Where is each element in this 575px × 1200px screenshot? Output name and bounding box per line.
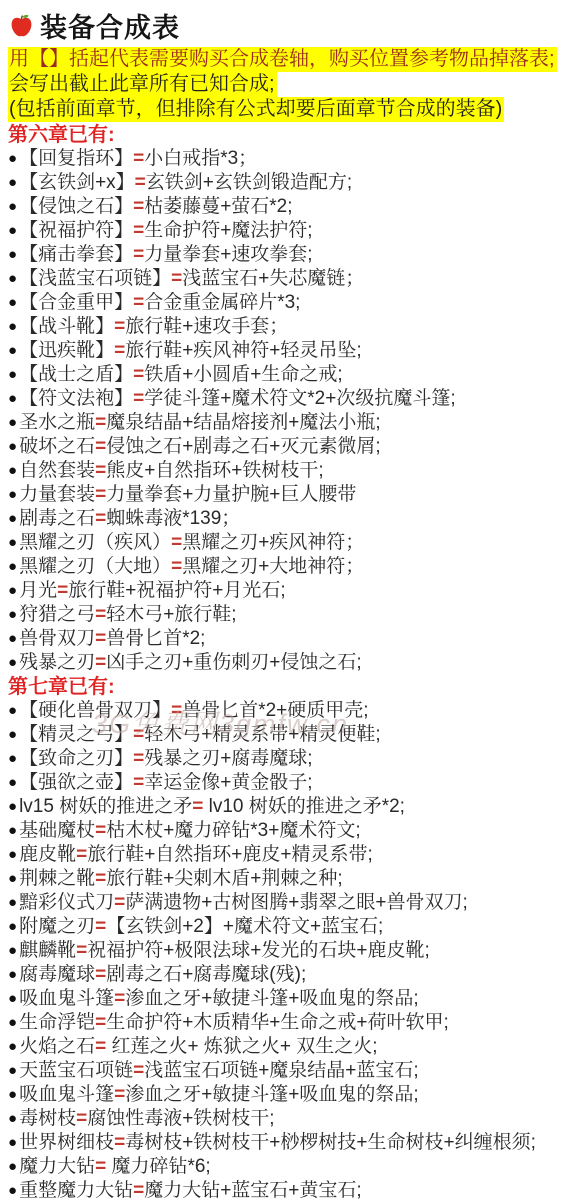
bullet-icon: ● [8, 963, 17, 987]
item-name: 毒树枝 [19, 1108, 76, 1129]
equals-sign: = [171, 700, 182, 721]
item-recipe: 生命护符+木质精华+生命之戒+荷叶软甲; [106, 1012, 449, 1033]
item-name: 【战士之盾】 [19, 364, 133, 385]
bullet-icon: ● [8, 1131, 17, 1155]
highlighted-text: (包括前面章节，但排除有公式却要后面章节合成的装备) [8, 97, 504, 122]
bullet-icon: ● [8, 795, 17, 819]
bullet-icon: ● [8, 315, 17, 339]
note-line-3: (包括前面章节，但排除有公式却要后面章节合成的装备) [8, 97, 569, 122]
recipe-row: ●基础魔杖=枯木杖+魔力碎钻*3+魔术符文; [8, 819, 569, 843]
equals-sign: = [133, 1180, 144, 1200]
item-name: 【合金重甲】 [19, 292, 133, 313]
item-recipe: 【玄铁剑+2】+魔术符文+蓝宝石; [106, 916, 383, 937]
equals-sign: = [133, 1060, 144, 1081]
item-recipe: 祝福护符+极限法球+发光的石块+鹿皮靴; [87, 940, 430, 961]
recipe-row: ●破坏之石=侵蚀之石+剧毒之石+灭元素微屑; [8, 435, 569, 459]
item-recipe: 力量拳套+力量护腕+巨人腰带 [106, 484, 356, 505]
item-recipe: 渗血之牙+敏捷斗篷+吸血鬼的祭品; [125, 1084, 418, 1105]
bullet-icon: ● [8, 147, 17, 171]
recipe-row: ●【回复指环】=小白戒指*3； [8, 147, 569, 171]
recipe-row: ●天蓝宝石项链=浅蓝宝石项链+魔泉结晶+蓝宝石; [8, 1059, 569, 1083]
item-recipe: 枯萎藤蔓+萤石*2; [144, 196, 292, 217]
equals-sign: = [95, 1036, 106, 1057]
item-name: 【迅疾靴】 [19, 340, 114, 361]
equals-sign: = [57, 580, 68, 601]
equals-sign: = [133, 220, 144, 241]
bullet-icon: ● [8, 1179, 17, 1200]
item-recipe: 兽骨匕首*2+硬质甲壳; [182, 700, 368, 721]
equals-sign: = [95, 508, 106, 529]
recipe-row: ●麒麟靴=祝福护符+极限法球+发光的石块+鹿皮靴; [8, 939, 569, 963]
item-recipe: 魔力碎钻*6; [106, 1156, 211, 1177]
equals-sign: = [95, 484, 106, 505]
item-recipe: 红莲之火+ 炼狱之火+ 双生之火; [106, 1036, 377, 1057]
equals-sign: = [171, 532, 182, 553]
item-recipe: 毒树枝+铁树枝干+桫椤树技+生命树枝+纠缠根须; [125, 1132, 536, 1153]
item-name: 世界树细枝 [19, 1132, 114, 1153]
item-recipe: 腐蚀性毒液+铁树枝干; [87, 1108, 274, 1129]
bullet-icon: ● [8, 891, 17, 915]
equals-sign: = [114, 988, 125, 1009]
item-recipe: 幸运金像+黄金骰子; [144, 772, 312, 793]
equals-sign: = [95, 1156, 106, 1177]
bullet-icon: ● [8, 387, 17, 411]
equals-sign: = [133, 772, 144, 793]
item-name: 【致命之刃】 [19, 748, 133, 769]
recipe-row: ●附魔之刃=【玄铁剑+2】+魔术符文+蓝宝石; [8, 915, 569, 939]
bullet-icon: ● [8, 939, 17, 963]
bullet-icon: ● [8, 267, 17, 291]
bullet-icon: ● [8, 747, 17, 771]
equals-sign: = [114, 1132, 125, 1153]
sections: 第六章已有:●【回复指环】=小白戒指*3；●【玄铁剑+x】=玄铁剑+玄铁剑锻造配… [8, 123, 569, 1200]
note-line-2: 会写出截止此章所有已知合成; [8, 72, 569, 97]
item-recipe: 玄铁剑+玄铁剑锻造配方; [146, 172, 352, 193]
recipe-row: ●腐毒魔球=剧毒之石+腐毒魔球(残); [8, 963, 569, 987]
item-name: 【痛击拳套】 [19, 244, 133, 265]
apple-icon [8, 12, 35, 39]
item-recipe: lv10 树妖的推进之矛*2; [203, 796, 405, 817]
bullet-icon: ● [8, 339, 17, 363]
recipe-row: ●鹿皮靴=旅行鞋+自然指环+鹿皮+精灵系带; [8, 843, 569, 867]
recipe-row: ●【符文法袍】=学徒斗篷+魔术符文*2+次级抗魔斗篷; [8, 387, 569, 411]
item-recipe: 剧毒之石+腐毒魔球(残); [106, 964, 306, 985]
page-title: 装备合成表 [40, 6, 180, 45]
section-header-1: 第六章已有: [8, 123, 569, 147]
bullet-icon: ● [8, 243, 17, 267]
bullet-icon: ● [8, 531, 17, 555]
item-recipe: 小白戒指*3； [144, 148, 257, 169]
recipe-row: ●【战士之盾】=铁盾+小圆盾+生命之戒; [8, 363, 569, 387]
bullet-icon: ● [8, 723, 17, 747]
item-recipe: 旅行鞋+疾风神符+轻灵吊坠; [125, 340, 361, 361]
recipe-row: ●圣水之瓶=魔泉结晶+结晶熔接剂+魔法小瓶; [8, 411, 569, 435]
item-recipe: 铁盾+小圆盾+生命之戒; [144, 364, 342, 385]
bullet-icon: ● [8, 627, 17, 651]
item-name: 黯彩仪式刀 [19, 892, 114, 913]
bullet-icon: ● [8, 579, 17, 603]
item-recipe: 学徒斗篷+魔术符文*2+次级抗魔斗篷; [144, 388, 455, 409]
item-name: 吸血鬼斗篷 [19, 988, 114, 1009]
recipe-row: ●剧毒之石=蜘蛛毒液*139； [8, 507, 569, 531]
item-recipe: 蜘蛛毒液*139； [106, 508, 240, 529]
bullet-icon: ● [8, 171, 17, 195]
item-recipe: 熊皮+自然指环+铁树枝干; [106, 460, 323, 481]
equals-sign: = [95, 604, 106, 625]
equals-sign: = [95, 652, 106, 673]
item-name: 【回复指环】 [19, 148, 133, 169]
item-name: 【符文法袍】 [19, 388, 133, 409]
recipe-row: ●生命浮铠=生命护符+木质精华+生命之戒+荷叶软甲; [8, 1011, 569, 1035]
recipe-row: ●【玄铁剑+x】=玄铁剑+玄铁剑锻造配方; [8, 171, 569, 195]
highlighted-text: 会写出截止此章所有已知合成; [8, 72, 277, 97]
recipe-row: ●【强欲之壶】=幸运金像+黄金骰子; [8, 771, 569, 795]
item-recipe: 魔力大钻+蓝宝石+黄宝石; [144, 1180, 361, 1200]
item-recipe: 萨满遗物+古树图腾+翡翠之眼+兽骨双刀; [125, 892, 468, 913]
equals-sign: = [95, 628, 106, 649]
recipe-row: ●兽骨双刀=兽骨匕首*2; [8, 627, 569, 651]
item-recipe: 旅行鞋+自然指环+鹿皮+精灵系带; [87, 844, 373, 865]
equals-sign: = [133, 196, 144, 217]
bullet-icon: ● [8, 1035, 17, 1059]
item-name: 兽骨双刀 [19, 628, 95, 649]
bullet-icon: ● [8, 1059, 17, 1083]
item-name: 附魔之刃 [19, 916, 95, 937]
item-recipe: 力量拳套+速攻拳套; [144, 244, 312, 265]
equals-sign: = [171, 268, 182, 289]
equals-sign: = [133, 148, 144, 169]
item-name: 腐毒魔球 [19, 964, 95, 985]
bullet-icon: ● [8, 843, 17, 867]
recipe-row: ●黑耀之刃（疾风）=黑耀之刃+疾风神符； [8, 531, 569, 555]
recipe-row: ●【侵蚀之石】=枯萎藤蔓+萤石*2; [8, 195, 569, 219]
equals-sign: = [76, 940, 87, 961]
equals-sign: = [133, 724, 144, 745]
recipe-row: ●【精灵之弓】=轻木弓+精灵系带+精灵便鞋; [8, 723, 569, 747]
bullet-icon: ● [8, 771, 17, 795]
recipe-row: ●力量套装=力量拳套+力量护腕+巨人腰带 [8, 483, 569, 507]
equals-sign: = [114, 316, 125, 337]
item-name: 狩猎之弓 [19, 604, 95, 625]
recipe-row: ●【痛击拳套】=力量拳套+速攻拳套; [8, 243, 569, 267]
bullet-icon: ● [8, 291, 17, 315]
section-header-2: 第七章已有: [8, 675, 569, 699]
bullet-icon: ● [8, 459, 17, 483]
bullet-icon: ● [8, 195, 17, 219]
item-name: 天蓝宝石项链 [19, 1060, 133, 1081]
item-name: 鹿皮靴 [19, 844, 76, 865]
item-name: lv15 树妖的推进之矛 [19, 796, 192, 817]
recipe-row: ●毒树枝=腐蚀性毒液+铁树枝干; [8, 1107, 569, 1131]
item-recipe: 兽骨匕首*2; [106, 628, 205, 649]
item-name: 剧毒之石 [19, 508, 95, 529]
item-recipe: 凶手之刃+重伤刺刃+侵蚀之石; [106, 652, 361, 673]
equals-sign: = [76, 1108, 87, 1129]
item-recipe: 枯木杖+魔力碎钻*3+魔术符文; [106, 820, 360, 841]
bullet-icon: ● [8, 1155, 17, 1179]
bullet-icon: ● [8, 1107, 17, 1131]
recipe-row: ●月光=旅行鞋+祝福护符+月光石; [8, 579, 569, 603]
item-name: 【强欲之壶】 [19, 772, 133, 793]
equals-sign: = [192, 796, 203, 817]
recipe-row: ●自然套装=熊皮+自然指环+铁树枝干; [8, 459, 569, 483]
recipe-row: ●【战斗靴】=旅行鞋+速攻手套； [8, 315, 569, 339]
item-name: 麒麟靴 [19, 940, 76, 961]
equals-sign: = [133, 388, 144, 409]
note-line-1: 用【】括起代表需要购买合成卷轴，购买位置参考物品掉落表; [8, 47, 569, 72]
equals-sign: = [76, 844, 87, 865]
highlighted-text: 用【】括起代表需要购买合成卷轴，购买位置参考物品掉落表; [8, 47, 557, 72]
item-name: 破坏之石 [19, 436, 95, 457]
recipe-row: ●魔力大钻= 魔力碎钻*6; [8, 1155, 569, 1179]
bullet-icon: ● [8, 555, 17, 579]
recipe-row: ●世界树细枝=毒树枝+铁树枝干+桫椤树技+生命树枝+纠缠根须; [8, 1131, 569, 1155]
item-name: 残暴之刃 [19, 652, 95, 673]
item-recipe: 合金重金属碎片*3; [144, 292, 300, 313]
recipe-row: ●残暴之刃=凶手之刃+重伤刺刃+侵蚀之石; [8, 651, 569, 675]
recipe-row: ●重整魔力大钻=魔力大钻+蓝宝石+黄宝石; [8, 1179, 569, 1200]
item-name: 火焰之石 [19, 1036, 95, 1057]
bullet-icon: ● [8, 411, 17, 435]
bullet-icon: ● [8, 1011, 17, 1035]
recipe-row: ●【浅蓝宝石项链】=浅蓝宝石+失芯魔链； [8, 267, 569, 291]
item-name: 【侵蚀之石】 [19, 196, 133, 217]
bullet-icon: ● [8, 915, 17, 939]
item-name: 魔力大钻 [19, 1156, 95, 1177]
recipe-row: ●【祝福护符】=生命护符+魔法护符; [8, 219, 569, 243]
item-name: 黑耀之刃（疾风） [19, 532, 171, 553]
bullet-icon: ● [8, 483, 17, 507]
recipe-row: ●lv15 树妖的推进之矛= lv10 树妖的推进之矛*2; [8, 795, 569, 819]
item-recipe: 旅行鞋+祝福护符+月光石; [68, 580, 285, 601]
equals-sign: = [114, 892, 125, 913]
bullet-icon: ● [8, 363, 17, 387]
recipe-row: ●【迅疾靴】=旅行鞋+疾风神符+轻灵吊坠; [8, 339, 569, 363]
equals-sign: = [133, 748, 144, 769]
notes-block: 用【】括起代表需要购买合成卷轴，购买位置参考物品掉落表;会写出截止此章所有已知合… [8, 47, 569, 122]
equals-sign: = [95, 436, 106, 457]
item-name: 力量套装 [19, 484, 95, 505]
equals-sign: = [95, 820, 106, 841]
equals-sign: = [95, 964, 106, 985]
item-name: 重整魔力大钻 [19, 1180, 133, 1200]
bullet-icon: ● [8, 699, 17, 723]
recipe-row: ●吸血鬼斗篷=渗血之牙+敏捷斗篷+吸血鬼的祭品; [8, 987, 569, 1011]
bullet-icon: ● [8, 867, 17, 891]
recipe-row: ●狩猎之弓=轻木弓+旅行鞋; [8, 603, 569, 627]
item-name: 吸血鬼斗篷 [19, 1084, 114, 1105]
equals-sign: = [171, 556, 182, 577]
item-recipe: 黑耀之刃+疾风神符； [182, 532, 364, 553]
item-recipe: 生命护符+魔法护符; [144, 220, 312, 241]
item-name: 【硬化兽骨双刀】 [19, 700, 171, 721]
item-recipe: 浅蓝宝石+失芯魔链； [182, 268, 364, 289]
bullet-icon: ● [8, 219, 17, 243]
equals-sign: = [133, 364, 144, 385]
recipe-row: ●荆棘之靴=旅行鞋+尖刺木盾+荆棘之种; [8, 867, 569, 891]
equals-sign: = [95, 1012, 106, 1033]
equals-sign: = [114, 340, 125, 361]
page-title-row: 装备合成表 [8, 6, 569, 44]
item-recipe: 残暴之刃+腐毒魔球; [144, 748, 312, 769]
equals-sign: = [133, 244, 144, 265]
synthesis-table-page: 装备合成表 用【】括起代表需要购买合成卷轴，购买位置参考物品掉落表;会写出截止此… [0, 0, 575, 1200]
bullet-icon: ● [8, 435, 17, 459]
equals-sign: = [95, 916, 106, 937]
item-name: 自然套装 [19, 460, 95, 481]
bullet-icon: ● [8, 651, 17, 675]
item-recipe: 侵蚀之石+剧毒之石+灭元素微屑; [106, 436, 380, 457]
item-recipe: 渗血之牙+敏捷斗篷+吸血鬼的祭品; [125, 988, 418, 1009]
bullet-icon: ● [8, 987, 17, 1011]
item-name: 【战斗靴】 [19, 316, 114, 337]
bullet-icon: ● [8, 603, 17, 627]
recipe-row: ●【合金重甲】=合金重金属碎片*3; [8, 291, 569, 315]
item-recipe: 轻木弓+精灵系带+精灵便鞋; [144, 724, 380, 745]
item-name: 黑耀之刃（大地） [19, 556, 171, 577]
recipe-row: ●【硬化兽骨双刀】=兽骨匕首*2+硬质甲壳; [8, 699, 569, 723]
bullet-icon: ● [8, 1083, 17, 1107]
item-recipe: 浅蓝宝石项链+魔泉结晶+蓝宝石; [144, 1060, 418, 1081]
recipe-row: ●黑耀之刃（大地）=黑耀之刃+大地神符； [8, 555, 569, 579]
item-name: 荆棘之靴 [19, 868, 95, 889]
item-recipe: 轻木弓+旅行鞋; [106, 604, 236, 625]
item-recipe: 旅行鞋+速攻手套； [125, 316, 288, 337]
item-name: 【精灵之弓】 [19, 724, 133, 745]
recipe-row: ●火焰之石= 红莲之火+ 炼狱之火+ 双生之火; [8, 1035, 569, 1059]
bullet-icon: ● [8, 819, 17, 843]
equals-sign: = [95, 868, 106, 889]
equals-sign: = [135, 172, 146, 193]
item-name: 基础魔杖 [19, 820, 95, 841]
equals-sign: = [95, 412, 106, 433]
recipe-row: ●吸血鬼斗篷=渗血之牙+敏捷斗篷+吸血鬼的祭品; [8, 1083, 569, 1107]
item-name: 【浅蓝宝石项链】 [19, 268, 171, 289]
item-name: 月光 [19, 580, 57, 601]
bullet-icon: ● [8, 507, 17, 531]
item-recipe: 黑耀之刃+大地神符； [182, 556, 364, 577]
item-name: 【祝福护符】 [19, 220, 133, 241]
item-recipe: 旅行鞋+尖刺木盾+荆棘之种; [106, 868, 342, 889]
equals-sign: = [114, 1084, 125, 1105]
item-name: 生命浮铠 [19, 1012, 95, 1033]
equals-sign: = [95, 460, 106, 481]
item-recipe: 魔泉结晶+结晶熔接剂+魔法小瓶; [106, 412, 380, 433]
item-name: 【玄铁剑+x】 [19, 172, 135, 193]
item-name: 圣水之瓶 [19, 412, 95, 433]
recipe-row: ●【致命之刃】=残暴之刃+腐毒魔球; [8, 747, 569, 771]
equals-sign: = [133, 292, 144, 313]
recipe-row: ●黯彩仪式刀=萨满遗物+古树图腾+翡翠之眼+兽骨双刀; [8, 891, 569, 915]
